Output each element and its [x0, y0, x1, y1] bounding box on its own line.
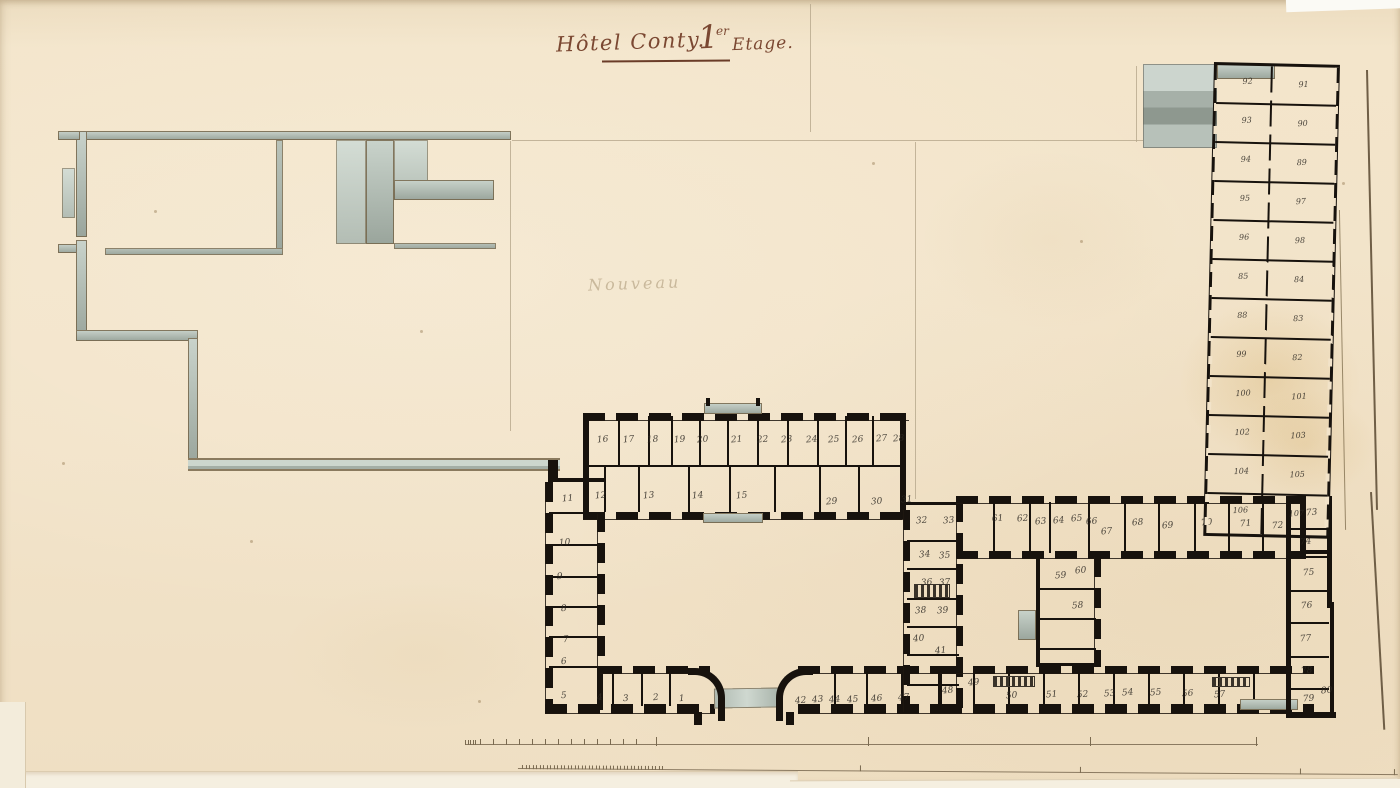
- wing-room-number: 82: [1292, 354, 1303, 362]
- room-number: 24: [806, 436, 818, 446]
- wall-segment: [1194, 502, 1196, 553]
- scale-tick: [529, 765, 530, 769]
- scale-tick: [592, 766, 593, 770]
- wall-segment: [1143, 64, 1217, 148]
- room-number: 37: [939, 579, 951, 589]
- wall-segment: [798, 704, 942, 714]
- room-number: 52: [1077, 691, 1089, 701]
- wing-room-row: 9291: [1216, 65, 1337, 107]
- room-number: 39: [937, 607, 949, 617]
- room-number: 54: [1122, 689, 1134, 699]
- wing-room-number: 85: [1238, 272, 1249, 280]
- wall-segment: [993, 676, 1035, 687]
- room-number: 21: [731, 436, 743, 446]
- room-number: 75: [1303, 569, 1315, 579]
- wall-segment: [276, 140, 283, 254]
- scale-tick: [545, 739, 546, 745]
- room-number: 69: [1162, 522, 1174, 532]
- wing-room-number: 93: [1242, 117, 1253, 125]
- wall-segment: [798, 666, 942, 674]
- wall-segment: [1078, 670, 1080, 706]
- room-number: 62: [1017, 515, 1029, 525]
- wall-segment: [907, 540, 959, 542]
- wall-segment: [549, 512, 599, 514]
- scale-tick: [543, 765, 544, 769]
- wing-room-number: 98: [1294, 237, 1305, 245]
- wing-room-row: 104105: [1207, 455, 1328, 497]
- room-number: 29: [826, 498, 838, 508]
- scale-tick: [522, 765, 523, 769]
- room-number: 78: [1301, 667, 1313, 677]
- scale-tick: [868, 737, 869, 746]
- scale-tick: [637, 766, 638, 770]
- wall-segment: [858, 467, 860, 512]
- room-number: 32: [916, 517, 928, 527]
- wall-segment: [612, 670, 614, 706]
- wall-segment: [585, 465, 905, 467]
- scale-tick: [546, 765, 547, 769]
- wall-segment: [671, 416, 673, 465]
- room-number: 7: [563, 636, 569, 645]
- wing-room-number: 105: [1289, 471, 1305, 480]
- scale-tick: [468, 740, 469, 745]
- wing-room-number: 107: [1288, 510, 1304, 519]
- room-number: 14: [692, 492, 704, 502]
- wing-room-number: 106: [1233, 506, 1249, 515]
- scale-tick: [623, 766, 624, 770]
- wall-segment: [58, 131, 80, 140]
- wing-room-row: 9489: [1214, 143, 1335, 185]
- room-number: 79: [1303, 695, 1315, 705]
- room-number: 8: [561, 605, 567, 614]
- room-number: 60: [1075, 567, 1087, 577]
- room-number: 34: [919, 551, 931, 561]
- room-number: 5: [561, 692, 567, 701]
- room-number: 30: [871, 498, 883, 508]
- wall-segment: [76, 131, 87, 237]
- wall-segment: [1302, 550, 1330, 554]
- room-number: 11: [562, 495, 574, 505]
- wall-segment: [188, 458, 560, 471]
- scale-tick: [662, 766, 663, 770]
- wing-room-number: 97: [1295, 198, 1306, 206]
- wall-segment: [1136, 66, 1137, 142]
- room-number: 63: [1035, 518, 1047, 528]
- wall-segment: [1289, 656, 1329, 658]
- room-number: 67: [1101, 528, 1113, 538]
- room-number: 10: [559, 539, 571, 549]
- wall-segment: [907, 568, 959, 570]
- wall-segment: [597, 512, 605, 670]
- room-number: 3: [623, 695, 629, 704]
- scale-tick: [648, 766, 649, 770]
- wall-segment: [394, 243, 496, 249]
- scale-tick: [539, 765, 540, 769]
- wall-segment: [729, 467, 731, 512]
- wall-segment: [866, 670, 868, 706]
- wall-segment: [76, 330, 198, 341]
- wing-room-number: 103: [1290, 432, 1306, 441]
- room-number: 76: [1301, 602, 1313, 612]
- wall-segment: [907, 654, 959, 656]
- wall-segment: [510, 141, 511, 431]
- wall-segment: [940, 666, 1314, 674]
- wing-room-row: 106107: [1206, 494, 1327, 536]
- scale-tick: [651, 766, 652, 770]
- wing-room-number: 88: [1237, 311, 1248, 319]
- scale-tick: [550, 765, 551, 769]
- wall-segment: [727, 416, 729, 465]
- scale-tick: [641, 766, 642, 770]
- wall-segment: [1212, 677, 1250, 687]
- wall-segment: [1183, 670, 1185, 706]
- scale-tick: [578, 765, 579, 769]
- scale-tick: [506, 739, 507, 745]
- scan-bottom-strip-right: [790, 778, 1400, 788]
- room-number: 51: [1046, 691, 1058, 701]
- wall-segment: [756, 398, 760, 406]
- scale-tick: [571, 739, 572, 745]
- wing-room-number: 104: [1234, 467, 1250, 476]
- room-number: 31: [901, 496, 913, 506]
- wing-room-row: 9698: [1213, 221, 1334, 263]
- wall-segment: [1286, 712, 1336, 718]
- room-number: 35: [939, 552, 951, 562]
- wall-segment: [1029, 502, 1031, 553]
- room-number: 41: [935, 647, 947, 657]
- scale-tick: [609, 766, 610, 770]
- wall-segment: [549, 666, 599, 668]
- room-number: 57: [1214, 691, 1226, 701]
- wing-room-number: 99: [1237, 350, 1248, 358]
- wall-segment: [549, 636, 599, 638]
- wall-segment: [669, 670, 671, 706]
- room-number: 58: [1072, 602, 1084, 612]
- room-number: 9: [557, 573, 563, 582]
- scale-tick: [1394, 769, 1395, 775]
- wall-segment: [845, 416, 847, 465]
- room-number: 48: [942, 687, 954, 697]
- scale-tick: [1300, 768, 1301, 774]
- wall-segment: [85, 131, 511, 140]
- scale-tick: [606, 766, 607, 770]
- room-number: 59: [1055, 572, 1067, 582]
- scale-tick: [627, 766, 628, 770]
- room-number: 22: [757, 436, 769, 446]
- wall-segment: [704, 403, 762, 414]
- wall-segment: [1049, 502, 1051, 553]
- wing-room-number: 94: [1241, 156, 1252, 164]
- scale-tick: [553, 765, 554, 769]
- scanned-floor-plan: Hôtel Conty. 1 er Etage. Nouveau 1617181…: [0, 0, 1400, 788]
- wall-segment: [1124, 502, 1126, 553]
- scale-tick: [623, 739, 624, 745]
- scale-tick: [584, 739, 585, 745]
- room-number: 12: [595, 492, 607, 502]
- scale-tick: [532, 765, 533, 769]
- wing-room-number: 96: [1239, 234, 1250, 242]
- wing-room-number: 101: [1291, 393, 1307, 402]
- scale-tick: [616, 766, 617, 770]
- wall-segment: [1289, 622, 1329, 624]
- room-number: 38: [915, 607, 927, 617]
- scale-tick: [558, 739, 559, 745]
- wall-segment: [1094, 557, 1101, 667]
- room-number: 49: [968, 679, 980, 689]
- wall-segment: [1036, 557, 1040, 667]
- scale-tick: [470, 740, 471, 745]
- scale-tick: [860, 765, 861, 771]
- wall-segment: [1018, 610, 1036, 640]
- room-number: 6: [561, 658, 567, 667]
- scale-tick: [656, 737, 657, 746]
- room-number: 47: [898, 694, 910, 704]
- wall-segment: [1038, 648, 1096, 650]
- wall-segment: [1038, 618, 1096, 620]
- wall-segment: [810, 4, 811, 132]
- room-number: 64: [1053, 517, 1065, 527]
- scale-tick: [588, 765, 589, 769]
- room-number: 18: [647, 436, 659, 446]
- wall-segment: [688, 467, 690, 512]
- room-number: 50: [1006, 692, 1018, 702]
- scale-tick: [465, 740, 466, 745]
- scale-bar-upper: [465, 736, 1258, 750]
- scale-tick: [571, 765, 572, 769]
- scale-tick: [595, 766, 596, 770]
- wall-segment: [512, 140, 1148, 141]
- wall-segment: [956, 502, 963, 712]
- room-number: 80: [1321, 687, 1333, 697]
- wing-room-row: 100101: [1209, 377, 1330, 419]
- scale-tick: [1256, 737, 1257, 746]
- room-number: 19: [674, 436, 686, 446]
- wall-segment: [366, 140, 394, 244]
- room-number: 28: [893, 435, 905, 445]
- scale-tick: [532, 739, 533, 745]
- wing-room-number: 89: [1296, 159, 1307, 167]
- scale-tick: [634, 766, 635, 770]
- paper-edge-notch: [0, 702, 26, 788]
- scale-tick: [493, 739, 494, 745]
- wing-room-number: 84: [1293, 276, 1304, 284]
- room-number: 40: [913, 635, 925, 645]
- wall-segment: [956, 551, 1306, 559]
- wall-segment: [336, 140, 366, 244]
- room-number: 53: [1104, 690, 1116, 700]
- room-number: 2: [653, 694, 659, 703]
- room-number: 26: [852, 436, 864, 446]
- wall-segment: [76, 240, 87, 340]
- wall-segment: [993, 502, 995, 553]
- room-number: 23: [781, 436, 793, 446]
- scan-bottom-strip-left: [0, 771, 798, 788]
- wall-segment: [706, 398, 710, 406]
- scale-tick: [1090, 737, 1091, 746]
- wall-segment: [915, 142, 916, 499]
- scale-tick: [636, 739, 637, 745]
- wing-room-number: 83: [1293, 315, 1304, 323]
- room-number: 16: [597, 436, 609, 446]
- right-wing-block: 9291939094899597969885848883998210010110…: [1203, 62, 1340, 539]
- wing-room-row: 102103: [1208, 416, 1329, 458]
- scale-tick: [620, 766, 621, 770]
- room-number: 43: [812, 696, 824, 706]
- wall-segment: [62, 168, 75, 218]
- wing-room-number: 91: [1298, 81, 1309, 89]
- room-number: 15: [736, 492, 748, 502]
- scale-tick: [658, 766, 659, 770]
- room-number: 1: [679, 695, 685, 704]
- scale-tick: [567, 765, 568, 769]
- wall-segment: [548, 478, 606, 482]
- scale-tick: [557, 765, 558, 769]
- scale-tick: [574, 765, 575, 769]
- scale-tick: [585, 765, 586, 769]
- wall-segment: [1330, 602, 1334, 714]
- scale-tick: [613, 766, 614, 770]
- room-number: 74: [1300, 538, 1312, 548]
- wall-segment: [545, 482, 553, 710]
- wall-segment: [905, 502, 960, 505]
- wall-segment: [1043, 670, 1045, 706]
- room-number: 55: [1150, 689, 1162, 699]
- scale-tick: [475, 740, 476, 745]
- scale-tick: [473, 740, 474, 745]
- room-number: 17: [623, 436, 635, 446]
- wing-room-number: 95: [1240, 195, 1251, 203]
- wall-segment: [549, 606, 599, 608]
- room-number: 65: [1071, 515, 1083, 525]
- wall-segment: [1088, 502, 1090, 553]
- room-number: 33: [943, 517, 955, 527]
- wall-segment: [1158, 502, 1160, 553]
- wing-room-number: 92: [1243, 78, 1254, 86]
- scale-tick: [655, 766, 656, 770]
- wing-room-row: 9982: [1210, 338, 1331, 380]
- scale-tick: [597, 739, 598, 745]
- room-number: 45: [847, 696, 859, 706]
- room-number: 66: [1086, 518, 1098, 528]
- room-number: 25: [828, 436, 840, 446]
- wall-segment: [907, 598, 959, 600]
- wall-segment: [872, 416, 874, 465]
- scale-tick: [581, 765, 582, 769]
- wall-segment: [703, 513, 763, 523]
- wing-room-row: 8584: [1212, 260, 1333, 302]
- scale-tick: [599, 766, 600, 770]
- scale-tick: [1080, 767, 1081, 773]
- wall-segment: [907, 626, 959, 628]
- scale-tick: [602, 766, 603, 770]
- wall-segment: [604, 467, 606, 512]
- room-number: 44: [829, 696, 841, 706]
- room-number: 13: [643, 492, 655, 502]
- scale-tick: [536, 765, 537, 769]
- wall-segment: [641, 670, 643, 706]
- wall-segment: [1289, 556, 1329, 558]
- wall-segment: [618, 416, 620, 465]
- wing-room-number: 90: [1297, 120, 1308, 128]
- wing-room-row: 9390: [1215, 104, 1336, 146]
- scale-tick: [525, 765, 526, 769]
- wall-segment: [105, 248, 283, 255]
- wall-segment: [549, 544, 599, 546]
- room-number: 56: [1182, 690, 1194, 700]
- room-number: 77: [1300, 635, 1312, 645]
- room-number: 46: [871, 695, 883, 705]
- wing-room-number: 100: [1236, 389, 1252, 398]
- room-number: 61: [992, 515, 1004, 525]
- wall-segment: [1218, 670, 1220, 706]
- wall-segment: [638, 467, 640, 512]
- wing-room-row: 8883: [1211, 299, 1332, 341]
- scale-tick: [630, 766, 631, 770]
- wall-segment: [583, 413, 909, 421]
- wall-segment: [774, 467, 776, 512]
- room-number: 68: [1132, 519, 1144, 529]
- room-number: 4: [597, 694, 603, 703]
- wall-segment: [1289, 590, 1329, 592]
- room-number: 20: [697, 436, 709, 446]
- scale-tick: [560, 765, 561, 769]
- wall-segment: [394, 180, 494, 200]
- wall-segment: [1038, 588, 1096, 590]
- scale-tick: [480, 739, 481, 745]
- scale-tick: [644, 766, 645, 770]
- room-number: 36: [921, 579, 933, 589]
- wing-room-row: 9597: [1213, 182, 1334, 224]
- scale-tick: [519, 739, 520, 745]
- room-number: 27: [876, 435, 888, 445]
- scale-tick: [564, 765, 565, 769]
- wall-segment: [188, 338, 198, 466]
- wing-room-number: 102: [1235, 428, 1251, 437]
- wall-segment: [819, 467, 821, 512]
- scale-tick: [610, 739, 611, 745]
